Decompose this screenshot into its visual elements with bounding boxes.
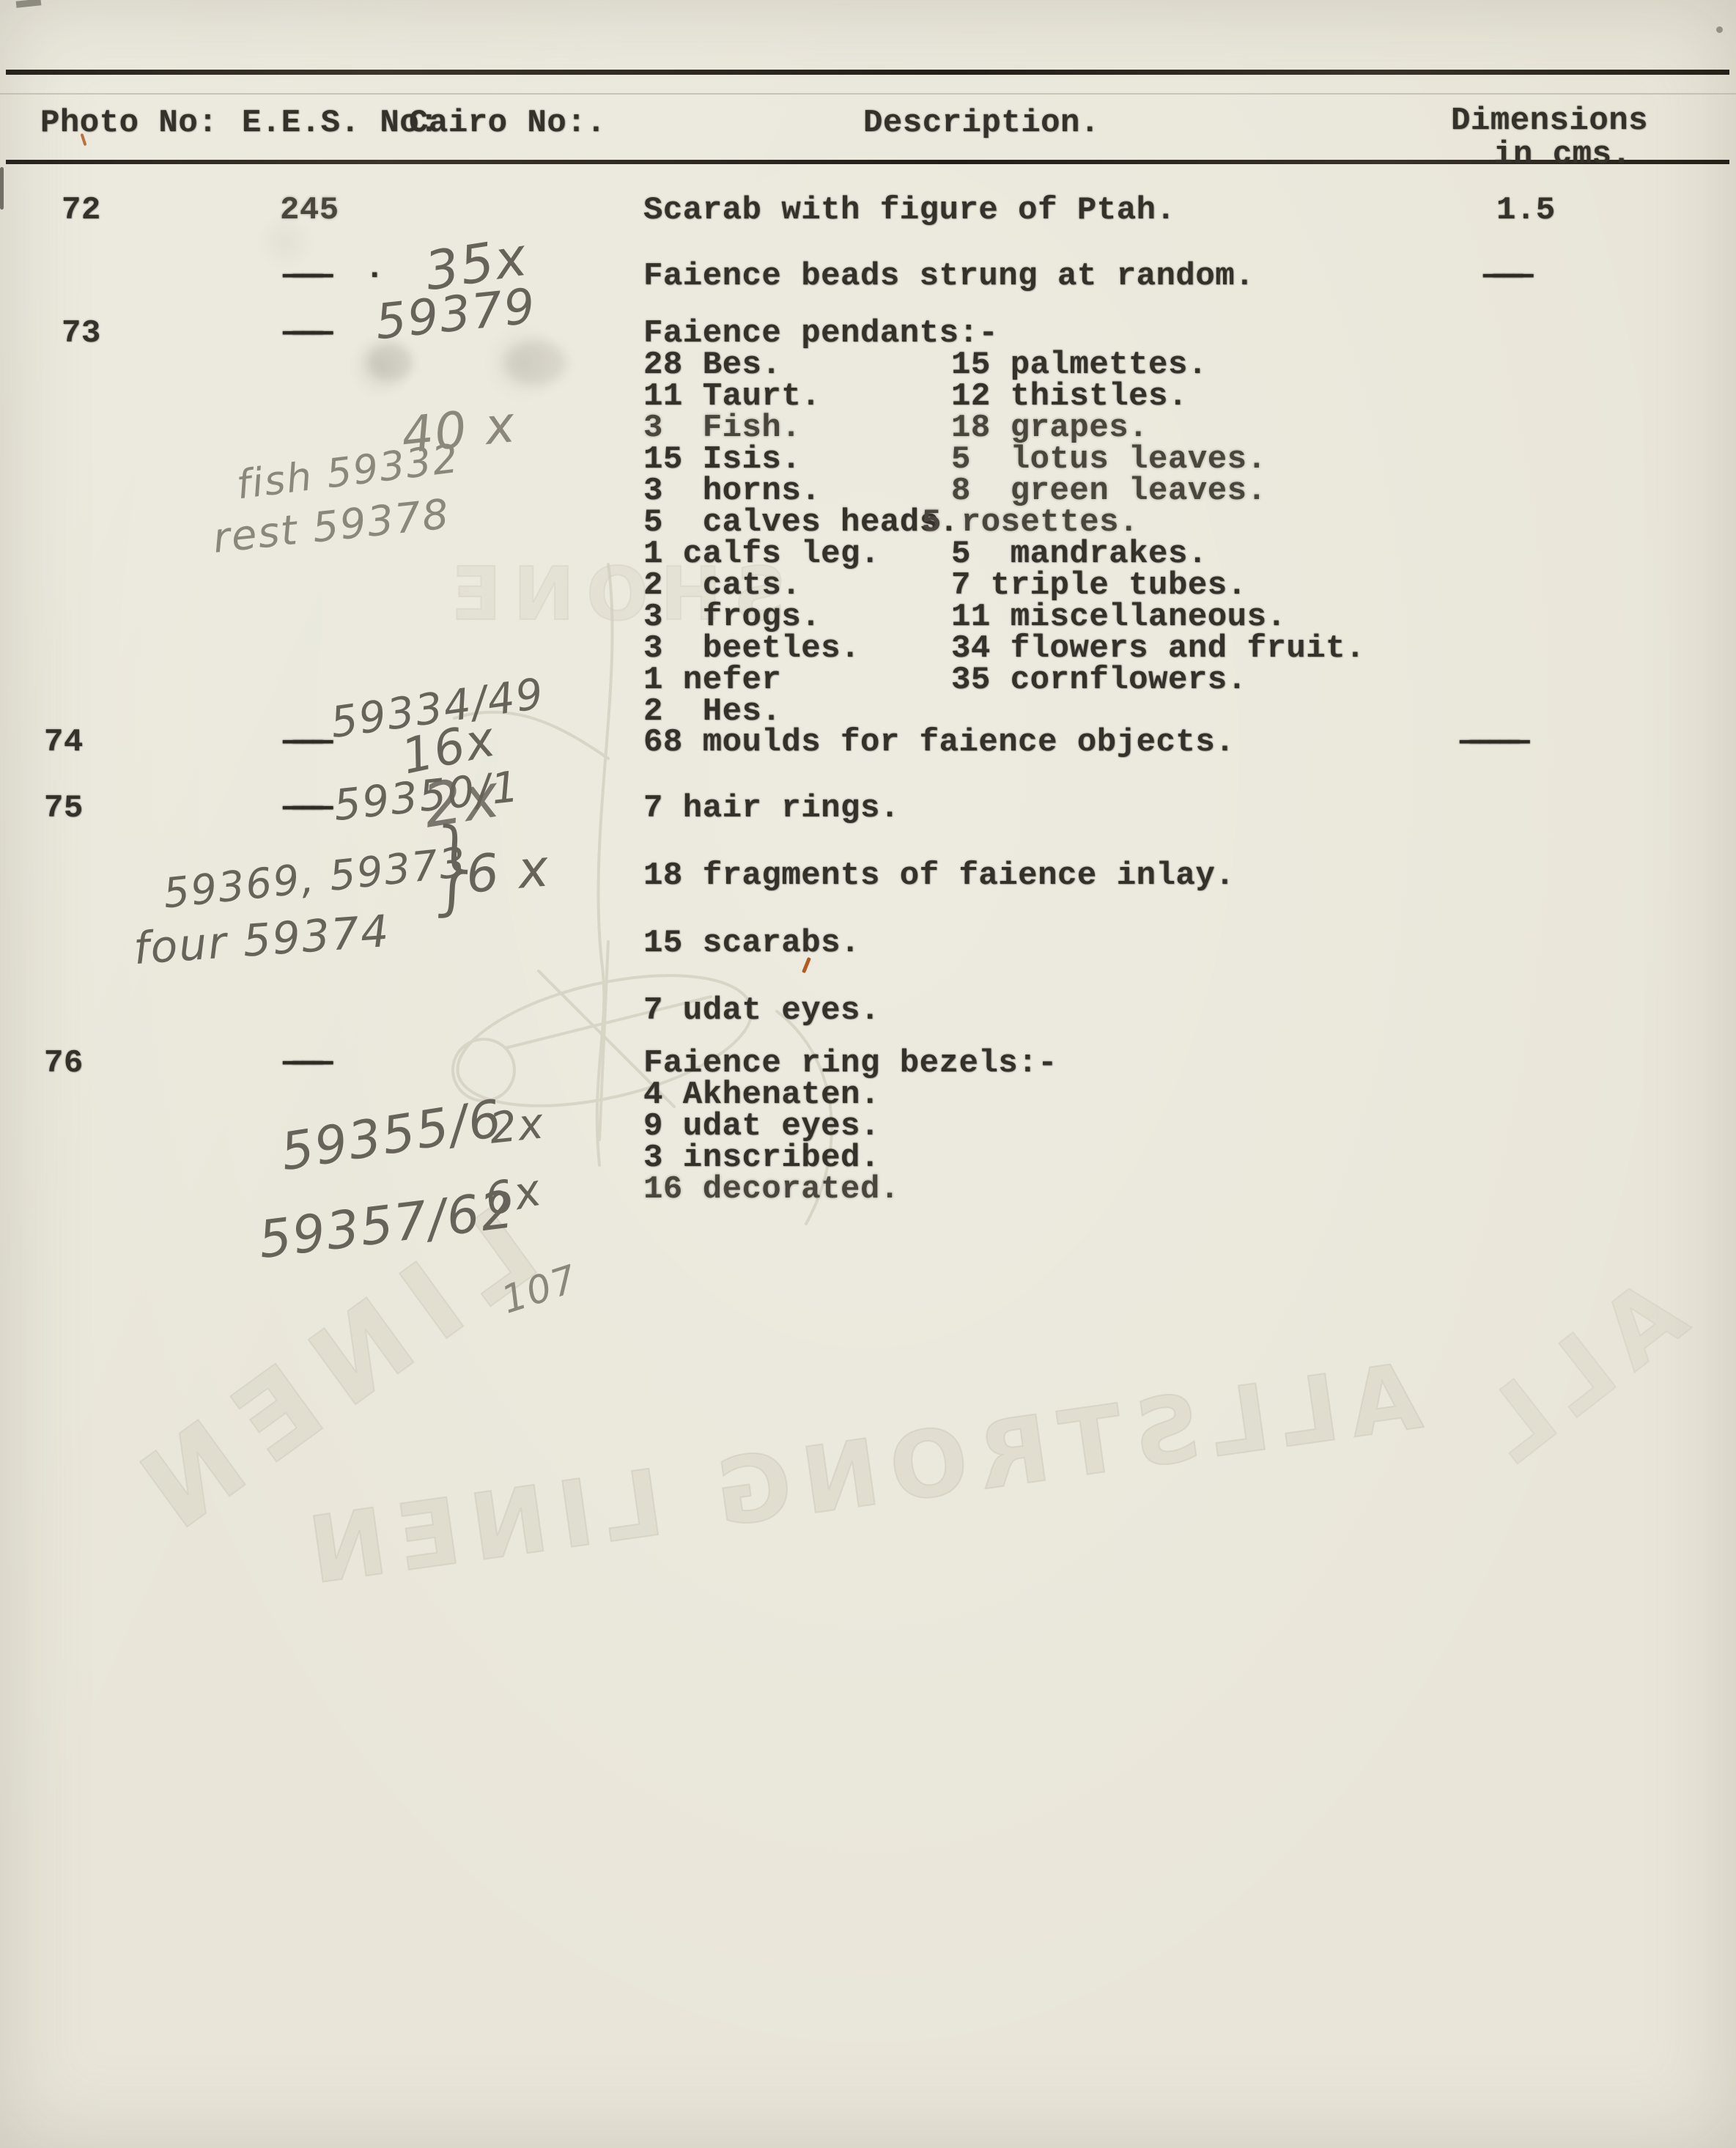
desc-scarabs: 15 scarabs.	[643, 925, 860, 962]
ees-dash: ————	[283, 314, 322, 352]
left-edge-tick	[0, 167, 4, 210]
dims-dash-long: ——————	[1460, 723, 1520, 761]
pendant-item: 35 cornflowers.	[951, 662, 1247, 698]
annotation-2x-b: 2x	[487, 1098, 547, 1153]
dims-1-5: 1.5	[1496, 192, 1556, 229]
annotation-6x: 6 x	[464, 838, 553, 905]
bezel-item: 16 decorated.	[643, 1171, 900, 1208]
linen-watermark-right: ALL	[1449, 1258, 1707, 1493]
header-rule	[6, 160, 1729, 164]
desc-fragments: 18 fragments of faience inlay.	[643, 857, 1235, 894]
smudge	[504, 341, 567, 385]
header-in-cms: in cms.	[1493, 136, 1631, 173]
annotation-59379: 59379	[373, 278, 539, 351]
ees-no-245: 245	[280, 192, 339, 229]
corner-mark	[16, 0, 42, 8]
dash-period: .	[365, 251, 385, 287]
header-dimensions: Dimensions	[1451, 103, 1648, 139]
header-cairo-no: Cairo No:.	[409, 105, 606, 141]
header-description: Description.	[863, 105, 1100, 141]
desc-beads: Faience beads strung at random.	[643, 258, 1255, 295]
photo-no-75: 75	[44, 790, 84, 827]
photo-no-72: 72	[62, 192, 101, 229]
top-rule	[6, 70, 1729, 75]
desc-hair-rings: 7 hair rings.	[643, 790, 900, 827]
photo-no-74: 74	[44, 724, 84, 761]
edge-speck	[1716, 26, 1723, 33]
desc-scarab: Scarab with figure of Ptah.	[643, 192, 1175, 229]
ees-dash: ————	[283, 723, 322, 761]
dims-dash: ————	[1483, 256, 1523, 295]
allstrong-linen-watermark: ALLSTRONG LINEN	[291, 1343, 1427, 1606]
header-photo-no: Photo No:	[40, 105, 218, 141]
ees-dash: ————	[283, 256, 322, 295]
ees-dash: ————	[283, 1044, 322, 1082]
photo-no-73: 73	[62, 315, 101, 352]
desc-udat-eyes: 7 udat eyes.	[643, 992, 880, 1029]
register-document-page: SHONE LINEN ALLSTRONG LINEN ALL Photo No…	[0, 0, 1736, 2148]
desc-moulds: 68 moulds for faience objects.	[643, 724, 1235, 761]
photo-no-76: 76	[44, 1045, 84, 1082]
ees-dash: ————	[283, 789, 322, 827]
faint-rule	[0, 93, 1736, 95]
